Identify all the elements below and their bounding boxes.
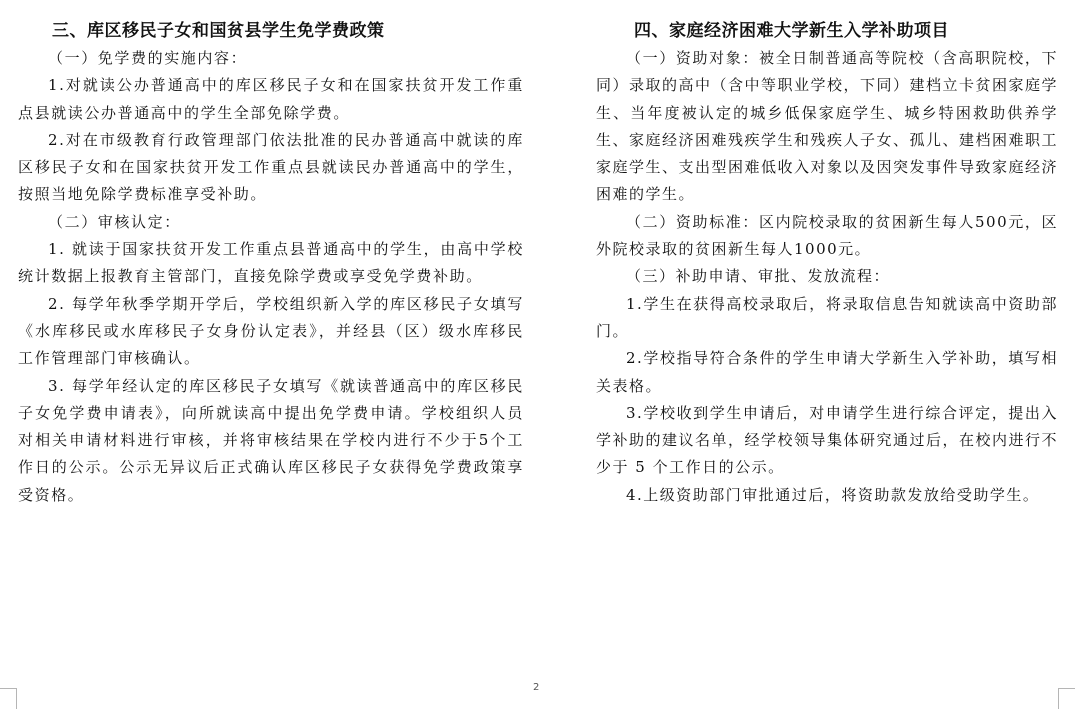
page-number: 2 (533, 682, 539, 693)
paragraph: 2.对在市级教育行政管理部门依法批准的民办普通高中就读的库区移民子女和在国家扶贫… (18, 127, 524, 209)
subheading-implementation: （一）免学费的实施内容： (18, 45, 524, 72)
section-heading-tuition-exemption: 三、库区移民子女和国贫县学生免学费政策 (18, 18, 524, 45)
paragraph: 4.上级资助部门审批通过后，将资助款发放给受助学生。 (596, 482, 1058, 509)
subheading-review: （二）审核认定： (18, 209, 524, 236)
paragraph: 1.对就读公办普通高中的库区移民子女和在国家扶贫开发工作重点县就读公办普通高中的… (18, 72, 524, 127)
paragraph: 2. 每学年秋季学期开学后，学校组织新入学的库区移民子女填写《水库移民或水库移民… (18, 291, 524, 373)
paragraph: 3.学校收到学生申请后，对申请学生进行综合评定，提出入学补助的建议名单，经学校领… (596, 400, 1058, 482)
right-column: 四、家庭经济困难大学新生入学补助项目 （一）资助对象：被全日制普通高等院校（含高… (596, 18, 1058, 509)
crop-mark-right (1058, 688, 1075, 709)
subheading-process: （三）补助申请、审批、发放流程： (596, 263, 1058, 290)
paragraph: 1. 就读于国家扶贫开发工作重点县普通高中的学生，由高中学校统计数据上报教育主管… (18, 236, 524, 291)
paragraph-standard: （二）资助标准：区内院校录取的贫困新生每人500元，区外院校录取的贫困新生每人1… (596, 209, 1058, 264)
crop-mark-left (0, 688, 17, 709)
paragraph: 1.学生在获得高校录取后，将录取信息告知就读高中资助部门。 (596, 291, 1058, 346)
left-column: 三、库区移民子女和国贫县学生免学费政策 （一）免学费的实施内容： 1.对就读公办… (18, 18, 524, 509)
paragraph-eligibility: （一）资助对象：被全日制普通高等院校（含高职院校，下同）录取的高中（含中等职业学… (596, 45, 1058, 209)
paragraph: 3. 每学年经认定的库区移民子女填写《就读普通高中的库区移民子女免学费申请表》，… (18, 373, 524, 509)
section-heading-freshman-subsidy: 四、家庭经济困难大学新生入学补助项目 (596, 18, 1058, 45)
paragraph: 2.学校指导符合条件的学生申请大学新生入学补助，填写相关表格。 (596, 345, 1058, 400)
